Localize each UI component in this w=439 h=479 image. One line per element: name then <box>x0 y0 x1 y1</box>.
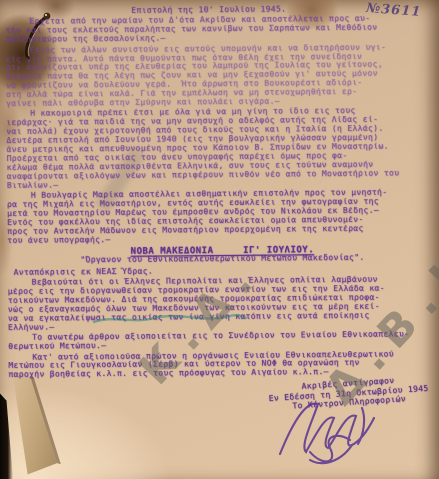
handwritten-signature <box>266 390 390 470</box>
paragraph: Έρχεται από την ωραίαν του Δ'ότα Ακρίδαν… <box>5 15 435 45</box>
scanned-letter-page: №3611 Επιστολή της 10' Ιουλίου 1945. Έρχ… <box>0 0 439 479</box>
paragraph: Το ανωτέρω άρθρον αξιοποιείται εις το Συ… <box>8 330 438 352</box>
paragraph: Η Βουλγαρίς Μαρίκα αποστέλλει αισθηματικ… <box>7 188 437 245</box>
paragraph: Εκτός των άλλων συνιστούν εις αυτούς υπο… <box>6 43 437 109</box>
paragraph: Η κακομοιριά πρέπει έτσι με όλα γιά να μ… <box>6 107 437 191</box>
typewritten-text: Επιστολή της 10' Ιουλίου 1945. Έρχεται α… <box>5 4 439 411</box>
teal-pen-scribble <box>90 310 250 330</box>
paragraph: Κατ' αυτό αξιοποιούσα πρώτον η οργάνωσις… <box>8 350 438 380</box>
